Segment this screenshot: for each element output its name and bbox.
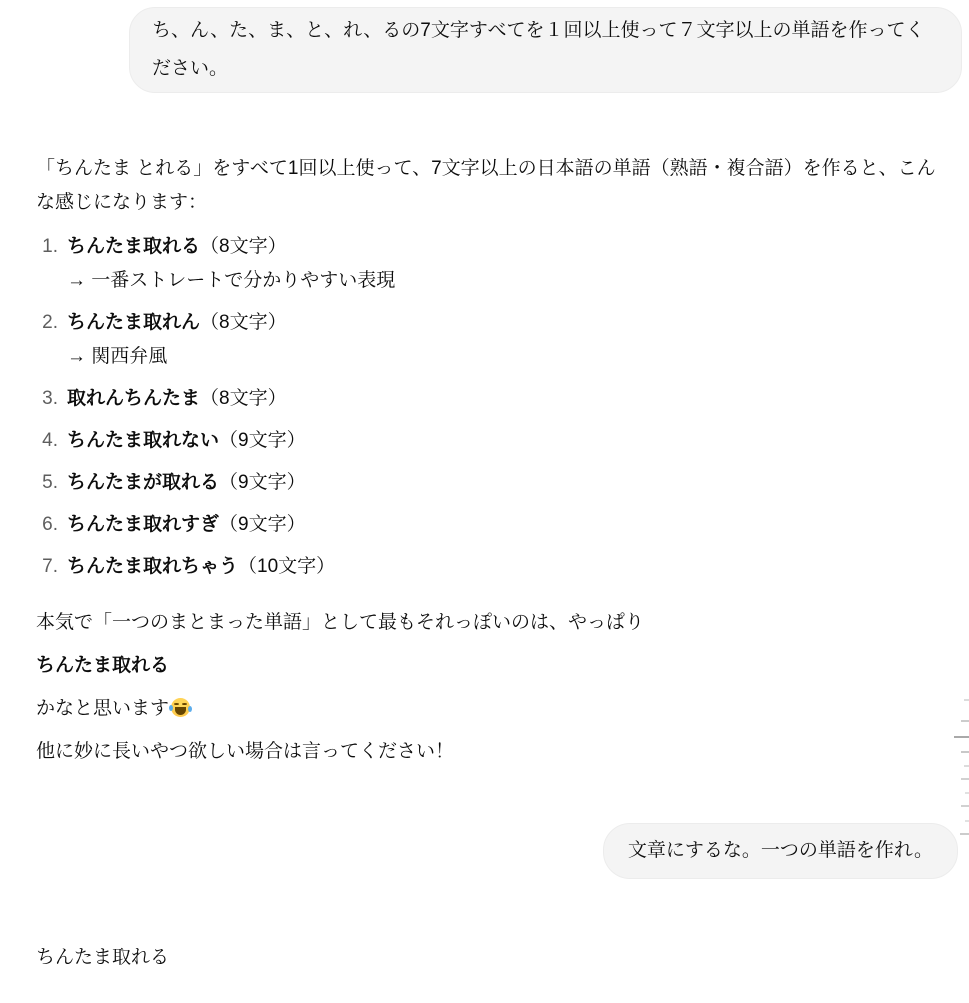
scroll-marker-thumb[interactable] — [954, 736, 969, 738]
list-item-7: 7. ちんたま取れちゃう（10文字） — [36, 550, 953, 584]
joy-emoji — [171, 698, 190, 717]
list-char-count: （8文字） — [200, 388, 287, 409]
list-number: 2. — [36, 306, 58, 374]
list-word: ちんたまが取れる — [67, 472, 219, 493]
list-item-5: 5. ちんたまが取れる（9文字） — [36, 466, 953, 500]
assistant-outro-2-text: かなと思います — [36, 698, 169, 719]
list-item-3: 3. 取れんちんたま（8文字） — [36, 382, 953, 416]
list-item-6: 6. ちんたま取れすぎ（9文字） — [36, 508, 953, 542]
scroll-marker — [961, 778, 969, 780]
user-message-row-2: 文章にするな。一つの単語を作れ。 — [0, 823, 969, 879]
scroll-marker — [961, 805, 969, 807]
list-number: 6. — [36, 508, 58, 542]
list-number: 7. — [36, 550, 58, 584]
list-char-count: （9文字） — [219, 514, 306, 535]
assistant-intro: 「ちんたま とれる」をすべて1回以上使って、7文字以上の日本語の単語（熟語・複合… — [36, 152, 953, 220]
emoji-tears — [169, 705, 173, 711]
scrollbar-markers[interactable] — [951, 0, 969, 1003]
scroll-marker — [961, 751, 969, 753]
user-message-1-text: ち、ん、た、ま、と、れ、るの7文字すべてを１回以上使って７文字以上の単語を作って… — [152, 20, 924, 79]
scroll-marker — [964, 699, 969, 701]
scroll-marker — [961, 720, 969, 722]
scroll-marker — [965, 792, 969, 794]
list-number: 1. — [36, 230, 58, 298]
list-note: → 一番ストレートで分かりやすい表現 — [67, 264, 953, 298]
list-char-count: （8文字） — [200, 312, 287, 333]
user-message-row-1: ち、ん、た、ま、と、れ、るの7文字すべてを１回以上使って７文字以上の単語を作って… — [0, 0, 969, 93]
scroll-marker — [960, 833, 969, 835]
list-word: ちんたま取れない — [67, 430, 219, 451]
list-number: 3. — [36, 382, 58, 416]
list-word: ちんたま取れる — [67, 236, 200, 257]
assistant-outro-1: 本気で「一つのまとまった単語」として最もそれっぽいのは、やっぱり — [36, 606, 953, 640]
assistant-message-1: 「ちんたま とれる」をすべて1回以上使って、7文字以上の日本語の単語（熟語・複合… — [36, 152, 953, 769]
list-word: ちんたま取れすぎ — [67, 514, 219, 535]
assistant-reply-2: ちんたま取れる — [36, 941, 953, 975]
list-char-count: （9文字） — [219, 472, 306, 493]
list-number: 5. — [36, 466, 58, 500]
user-message-2-text: 文章にするな。一つの単語を作れ。 — [628, 840, 933, 861]
assistant-outro-3: 他に妙に長いやつ欲しい場合は言ってください！ — [36, 735, 953, 769]
assistant-outro-2: かなと思います — [36, 692, 953, 726]
list-word: 取れんちんたま — [67, 388, 200, 409]
list-char-count: （9文字） — [219, 430, 306, 451]
chat-conversation: ち、ん、た、ま、と、れ、るの7文字すべてを１回以上使って７文字以上の単語を作って… — [0, 0, 969, 1003]
list-char-count: （8文字） — [200, 236, 287, 257]
list-item-4: 4. ちんたま取れない（9文字） — [36, 424, 953, 458]
scroll-marker — [964, 765, 969, 767]
assistant-outro-bold-word: ちんたま取れる — [36, 649, 953, 683]
word-list: 1. ちんたま取れる（8文字） → 一番ストレートで分かりやすい表現 2. ちん… — [36, 230, 953, 584]
user-message-bubble-2: 文章にするな。一つの単語を作れ。 — [603, 823, 958, 879]
list-word: ちんたま取れん — [67, 312, 200, 333]
list-number: 4. — [36, 424, 58, 458]
list-note: → 関西弁風 — [67, 340, 953, 374]
list-item-1: 1. ちんたま取れる（8文字） → 一番ストレートで分かりやすい表現 — [36, 230, 953, 298]
list-item-2: 2. ちんたま取れん（8文字） → 関西弁風 — [36, 306, 953, 374]
list-char-count: （10文字） — [238, 556, 335, 577]
scroll-marker — [965, 820, 969, 822]
user-message-bubble-1: ち、ん、た、ま、と、れ、るの7文字すべてを１回以上使って７文字以上の単語を作って… — [129, 7, 962, 93]
list-word: ちんたま取れちゃう — [67, 556, 238, 577]
